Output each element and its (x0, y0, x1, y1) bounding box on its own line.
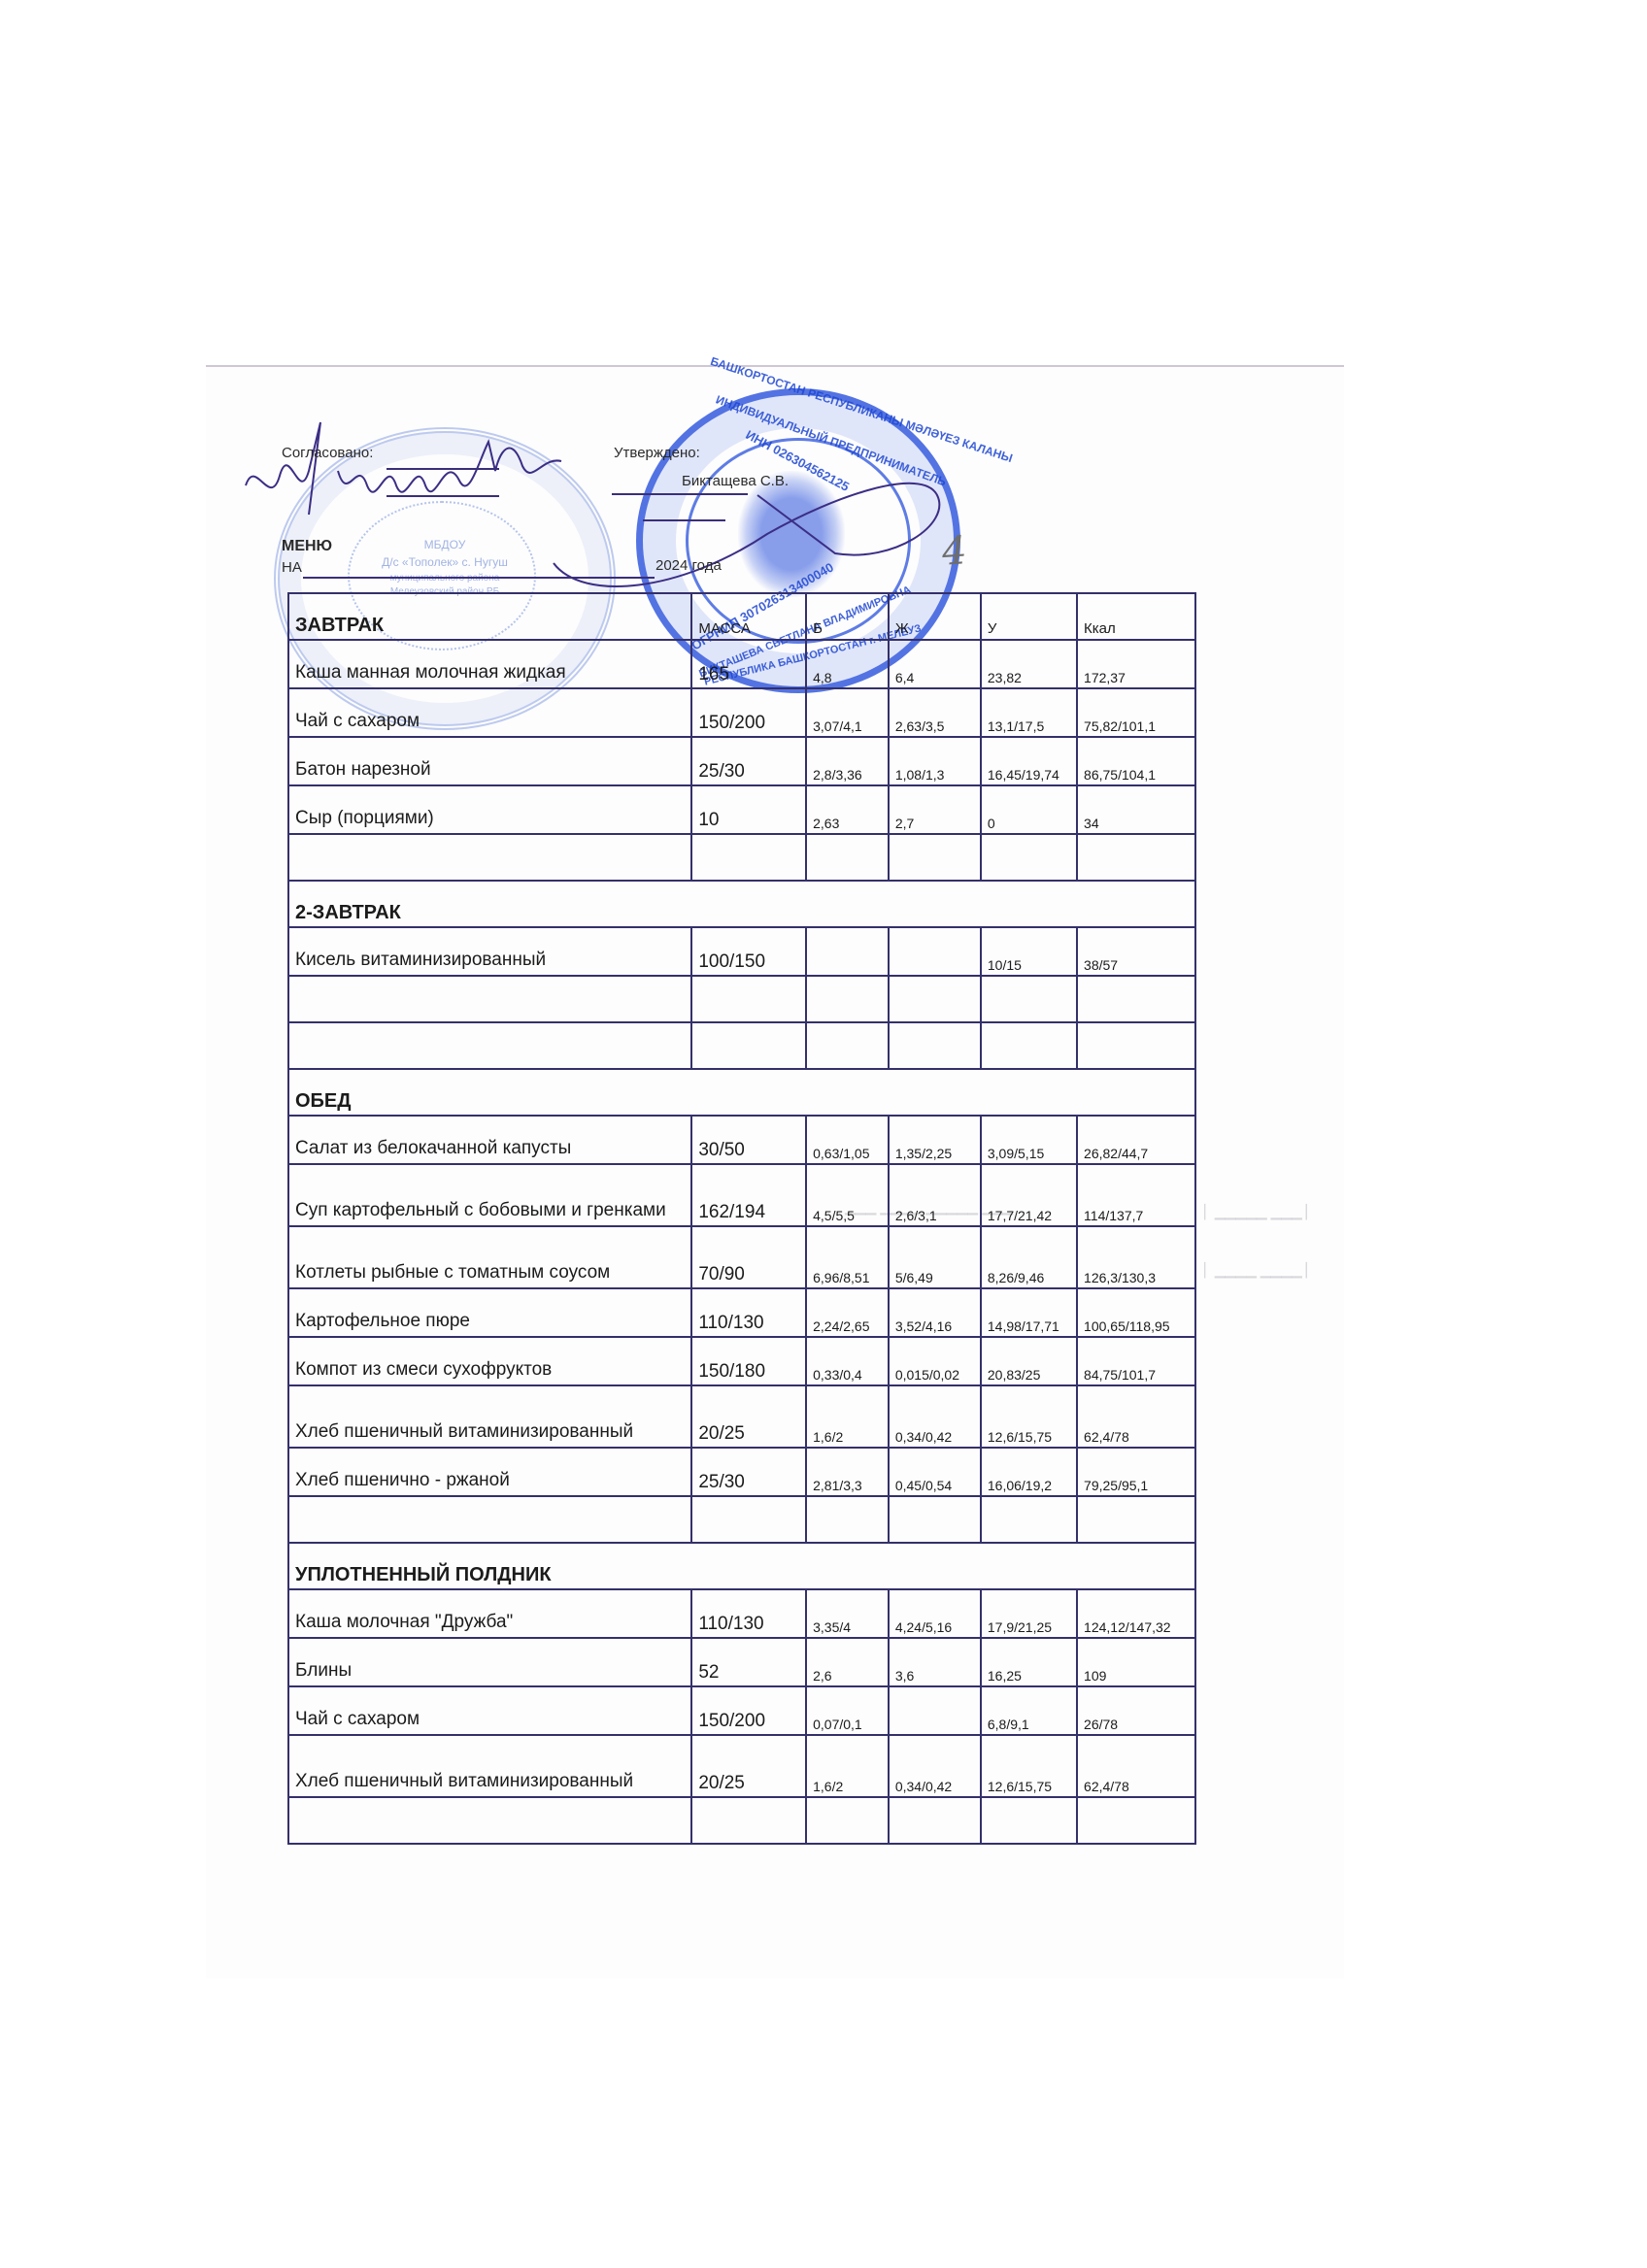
mass-cell (691, 834, 806, 881)
carbs-cell: 13,1/17,5 (981, 688, 1077, 737)
protein-cell: 4,8 (806, 640, 889, 688)
mass-cell: 70/90 (691, 1226, 806, 1288)
signature-line (387, 468, 499, 470)
fat-cell (889, 1022, 981, 1069)
fat-cell: 3,52/4,16 (889, 1288, 981, 1337)
date-line (303, 577, 655, 579)
date-suffix: 2024 года (655, 557, 722, 574)
document-header: Согласовано: Утверждено: Биктащева С.В. … (282, 442, 1156, 597)
kcal-cell: 172,37 (1077, 640, 1195, 688)
protein-cell: 3,35/4 (806, 1589, 889, 1638)
mass-cell: 165 (691, 640, 806, 688)
protein-cell: 4,5/5,5 (806, 1164, 889, 1226)
table-row: Хлеб пшенично - ржаной25/302,81/3,30,45/… (288, 1448, 1195, 1496)
fat-cell: 2,63/3,5 (889, 688, 981, 737)
table-row: Хлеб пшеничный витаминизированный20/251,… (288, 1735, 1195, 1797)
section-header-row: ЗАВТРАКМАССАБЖУКкал (288, 593, 1195, 640)
mass-cell: 110/130 (691, 1589, 806, 1638)
column-header: Б (806, 593, 889, 640)
carbs-cell: 16,06/19,2 (981, 1448, 1077, 1496)
dish-name (288, 1022, 691, 1069)
carbs-cell: 10/15 (981, 927, 1077, 976)
fat-cell: 6,4 (889, 640, 981, 688)
carbs-cell: 12,6/15,75 (981, 1735, 1077, 1797)
mass-cell: 150/200 (691, 1686, 806, 1735)
fat-cell: 4,24/5,16 (889, 1589, 981, 1638)
fat-cell (889, 927, 981, 976)
fat-cell: 5/6,49 (889, 1226, 981, 1288)
protein-cell (806, 927, 889, 976)
table-row: Компот из смеси сухофруктов150/1800,33/0… (288, 1337, 1195, 1385)
agreed-label: Согласовано: (282, 445, 373, 461)
carbs-cell: 0 (981, 785, 1077, 834)
section-header-row: УПЛОТНЕННЫЙ ПОЛДНИК (288, 1543, 1195, 1589)
signature-line (612, 493, 748, 495)
kcal-cell: 79,25/95,1 (1077, 1448, 1195, 1496)
kcal-cell (1077, 1496, 1195, 1543)
dish-name: Сыр (порциями) (288, 785, 691, 834)
protein-cell: 6,96/8,51 (806, 1226, 889, 1288)
date-prefix: НА (282, 559, 302, 576)
column-header: Ж (889, 593, 981, 640)
mass-cell (691, 1496, 806, 1543)
kcal-cell: 38/57 (1077, 927, 1195, 976)
mass-cell: 150/200 (691, 688, 806, 737)
carbs-cell: 17,7/21,42 (981, 1164, 1077, 1226)
dish-name: Батон нарезной (288, 737, 691, 785)
dish-name (288, 1797, 691, 1844)
section-title: ЗАВТРАК (288, 593, 691, 640)
fat-cell: 1,35/2,25 (889, 1116, 981, 1164)
protein-cell: 2,6 (806, 1638, 889, 1686)
kcal-cell: 62,4/78 (1077, 1735, 1195, 1797)
protein-cell (806, 1797, 889, 1844)
protein-cell: 1,6/2 (806, 1385, 889, 1448)
dish-name (288, 976, 691, 1022)
mass-cell: 150/180 (691, 1337, 806, 1385)
fat-cell: 2,7 (889, 785, 981, 834)
carbs-cell: 16,25 (981, 1638, 1077, 1686)
column-header: У (981, 593, 1077, 640)
column-header: МАССА (691, 593, 806, 640)
carbs-cell: 16,45/19,74 (981, 737, 1077, 785)
table-row: Чай с сахаром150/2003,07/4,12,63/3,513,1… (288, 688, 1195, 737)
table-row: Картофельное пюре110/1302,24/2,653,52/4,… (288, 1288, 1195, 1337)
protein-cell: 0,63/1,05 (806, 1116, 889, 1164)
table-row: Чай с сахаром150/2000,07/0,16,8/9,126/78 (288, 1686, 1195, 1735)
protein-cell: 0,33/0,4 (806, 1337, 889, 1385)
table-row: Батон нарезной25/302,8/3,361,08/1,316,45… (288, 737, 1195, 785)
dish-name: Каша манная молочная жидкая (288, 640, 691, 688)
kcal-cell: 126,3/130,3 (1077, 1226, 1195, 1288)
column-header: Ккал (1077, 593, 1195, 640)
dish-name: Хлеб пшенично - ржаной (288, 1448, 691, 1496)
section-title: 2-ЗАВТРАК (288, 881, 1195, 927)
dish-name: Компот из смеси сухофруктов (288, 1337, 691, 1385)
dish-name (288, 834, 691, 881)
dish-name (288, 1496, 691, 1543)
approved-label: Утверждено: (614, 445, 700, 461)
dish-name: Чай с сахаром (288, 688, 691, 737)
fat-cell (889, 1496, 981, 1543)
dish-name: Хлеб пшеничный витаминизированный (288, 1735, 691, 1797)
protein-cell (806, 976, 889, 1022)
mass-cell: 110/130 (691, 1288, 806, 1337)
empty-row (288, 976, 1195, 1022)
mass-cell: 52 (691, 1638, 806, 1686)
section-header-row: ОБЕД (288, 1069, 1195, 1116)
empty-row (288, 1022, 1195, 1069)
fat-cell: 0,45/0,54 (889, 1448, 981, 1496)
section-header-row: 2-ЗАВТРАК (288, 881, 1195, 927)
dish-name: Кисель витаминизированный (288, 927, 691, 976)
carbs-cell (981, 1797, 1077, 1844)
fat-cell (889, 1686, 981, 1735)
dish-name: Чай с сахаром (288, 1686, 691, 1735)
carbs-cell: 23,82 (981, 640, 1077, 688)
fat-cell (889, 834, 981, 881)
kcal-cell: 26,82/44,7 (1077, 1116, 1195, 1164)
protein-cell (806, 834, 889, 881)
protein-cell: 2,24/2,65 (806, 1288, 889, 1337)
dish-name: Котлеты рыбные с томатным соусом (288, 1226, 691, 1288)
kcal-cell (1077, 976, 1195, 1022)
table-row: Сыр (порциями)102,632,7034 (288, 785, 1195, 834)
dish-name: Блины (288, 1638, 691, 1686)
empty-row (288, 1496, 1195, 1543)
section-title: ОБЕД (288, 1069, 1195, 1116)
kcal-cell: 100,65/118,95 (1077, 1288, 1195, 1337)
fat-cell: 0,015/0,02 (889, 1337, 981, 1385)
dish-name: Каша молочная "Дружба" (288, 1589, 691, 1638)
mass-cell (691, 976, 806, 1022)
fat-cell: 2,6/3,1 (889, 1164, 981, 1226)
fat-cell: 1,08/1,3 (889, 737, 981, 785)
mass-cell: 30/50 (691, 1116, 806, 1164)
kcal-cell: 34 (1077, 785, 1195, 834)
kcal-cell: 84,75/101,7 (1077, 1337, 1195, 1385)
kcal-cell: 124,12/147,32 (1077, 1589, 1195, 1638)
carbs-cell: 20,83/25 (981, 1337, 1077, 1385)
signature-line (643, 519, 725, 521)
table-row: Салат из белокачанной капусты30/500,63/1… (288, 1116, 1195, 1164)
mass-cell: 20/25 (691, 1735, 806, 1797)
empty-row (288, 1797, 1195, 1844)
mass-cell: 25/30 (691, 737, 806, 785)
kcal-cell: 114/137,7 (1077, 1164, 1195, 1226)
carbs-cell (981, 1022, 1077, 1069)
table-row: Суп картофельный с бобовыми и гренками16… (288, 1164, 1195, 1226)
protein-cell: 2,8/3,36 (806, 737, 889, 785)
kcal-cell: 75,82/101,1 (1077, 688, 1195, 737)
approver-name: Биктащева С.В. (682, 473, 789, 489)
carbs-cell (981, 1496, 1077, 1543)
carbs-cell: 3,09/5,15 (981, 1116, 1077, 1164)
fat-cell: 3,6 (889, 1638, 981, 1686)
protein-cell: 1,6/2 (806, 1735, 889, 1797)
kcal-cell (1077, 1022, 1195, 1069)
carbs-cell (981, 976, 1077, 1022)
mass-cell (691, 1022, 806, 1069)
table-row: Каша молочная "Дружба"110/1303,35/44,24/… (288, 1589, 1195, 1638)
signature-line (387, 495, 499, 497)
mass-cell: 162/194 (691, 1164, 806, 1226)
carbs-cell (981, 834, 1077, 881)
kcal-cell (1077, 1797, 1195, 1844)
mass-cell: 100/150 (691, 927, 806, 976)
protein-cell: 0,07/0,1 (806, 1686, 889, 1735)
protein-cell: 3,07/4,1 (806, 688, 889, 737)
kcal-cell: 109 (1077, 1638, 1195, 1686)
section-title: УПЛОТНЕННЫЙ ПОЛДНИК (288, 1543, 1195, 1589)
protein-cell (806, 1496, 889, 1543)
kcal-cell: 26/78 (1077, 1686, 1195, 1735)
table-row: Котлеты рыбные с томатным соусом70/906,9… (288, 1226, 1195, 1288)
kcal-cell: 62,4/78 (1077, 1385, 1195, 1448)
fat-cell: 0,34/0,42 (889, 1735, 981, 1797)
mass-cell: 25/30 (691, 1448, 806, 1496)
fat-cell (889, 1797, 981, 1844)
protein-cell: 2,63 (806, 785, 889, 834)
carbs-cell: 14,98/17,71 (981, 1288, 1077, 1337)
table-row: Каша манная молочная жидкая1654,86,423,8… (288, 640, 1195, 688)
protein-cell (806, 1022, 889, 1069)
table-row: Блины522,63,616,25109 (288, 1638, 1195, 1686)
empty-row (288, 834, 1195, 881)
fat-cell: 0,34/0,42 (889, 1385, 981, 1448)
handwritten-page-mark: 4 (940, 528, 968, 575)
table-row: Кисель витаминизированный100/15010/1538/… (288, 927, 1195, 976)
carbs-cell: 17,9/21,25 (981, 1589, 1077, 1638)
dish-name: Салат из белокачанной капусты (288, 1116, 691, 1164)
menu-table: ЗАВТРАКМАССАБЖУКкалКаша манная молочная … (287, 592, 1196, 1845)
mass-cell (691, 1797, 806, 1844)
fat-cell (889, 976, 981, 1022)
mass-cell: 10 (691, 785, 806, 834)
dish-name: Суп картофельный с бобовыми и гренками (288, 1164, 691, 1226)
menu-title: МЕНЮ (282, 538, 332, 555)
carbs-cell: 6,8/9,1 (981, 1686, 1077, 1735)
kcal-cell (1077, 834, 1195, 881)
mass-cell: 20/25 (691, 1385, 806, 1448)
dish-name: Картофельное пюре (288, 1288, 691, 1337)
carbs-cell: 12,6/15,75 (981, 1385, 1077, 1448)
kcal-cell: 86,75/104,1 (1077, 737, 1195, 785)
dish-name: Хлеб пшеничный витаминизированный (288, 1385, 691, 1448)
carbs-cell: 8,26/9,46 (981, 1226, 1077, 1288)
protein-cell: 2,81/3,3 (806, 1448, 889, 1496)
table-row: Хлеб пшеничный витаминизированный20/251,… (288, 1385, 1195, 1448)
